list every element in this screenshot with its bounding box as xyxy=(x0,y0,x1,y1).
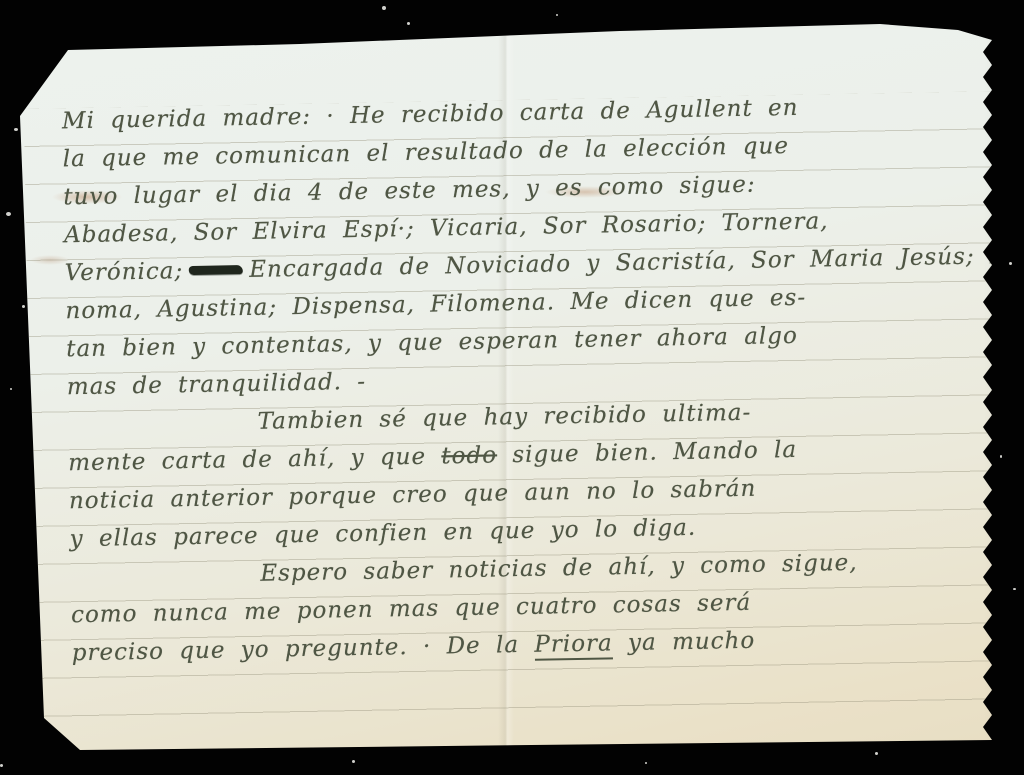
letter-text-segment: tan bien y contentas, y que esperan tene… xyxy=(66,323,798,362)
photo-backdrop: Mi querida madre: · He recibido carta de… xyxy=(0,0,1024,775)
letter-lines: Mi querida madre: · He recibido carta de… xyxy=(62,86,977,672)
dust-speck xyxy=(407,22,410,25)
ink-blackout-mark xyxy=(189,265,243,275)
dust-speck xyxy=(1009,262,1012,265)
letter-text-segment: sigue bien. Mando la xyxy=(497,437,798,468)
letter-text-segment: noticia anterior porque creo que aun no … xyxy=(69,476,757,515)
dust-speck xyxy=(875,752,878,755)
dust-speck xyxy=(0,764,3,767)
letter-text-segment: como nunca me ponen mas que cuatro cosas… xyxy=(71,590,752,628)
letter-text-segment: mas de tranquilidad. - xyxy=(67,369,367,400)
letter-page: Mi querida madre: · He recibido carta de… xyxy=(0,0,1024,775)
dust-speck xyxy=(14,128,18,131)
letter-text-segment: todo xyxy=(441,442,497,469)
dust-speck xyxy=(22,305,25,308)
letter-text-segment: preciso que yo pregunte. · De la xyxy=(72,632,535,666)
letter-text-segment: ya mucho xyxy=(613,628,756,657)
dust-speck xyxy=(1013,588,1016,590)
dust-speck xyxy=(1000,455,1002,458)
dust-speck xyxy=(645,762,647,764)
letter-text-segment: Espero saber noticias de ahí, y como sig… xyxy=(260,550,858,587)
writing-area: Mi querida madre: · He recibido carta de… xyxy=(0,0,1024,775)
letter-text-segment: Verónica; xyxy=(65,258,184,286)
letter-text-segment: Encargada de Noviciado y Sacristía, Sor … xyxy=(249,242,1024,283)
letter-text-segment: mente carta de ahí, y que xyxy=(68,443,442,476)
letter-text-segment: tuvo lugar el dia 4 de este mes, y es co… xyxy=(63,172,756,211)
dust-speck xyxy=(6,212,11,216)
dust-speck xyxy=(556,14,558,16)
dust-speck xyxy=(352,760,355,763)
dust-speck xyxy=(382,6,386,10)
letter-text-segment: Tambien sé que hay recibido ultima- xyxy=(257,400,751,435)
letter-text-segment: y ellas parece que confien en que yo lo … xyxy=(69,515,696,552)
letter-text-segment: Priora xyxy=(534,630,613,660)
dust-speck xyxy=(10,388,12,390)
